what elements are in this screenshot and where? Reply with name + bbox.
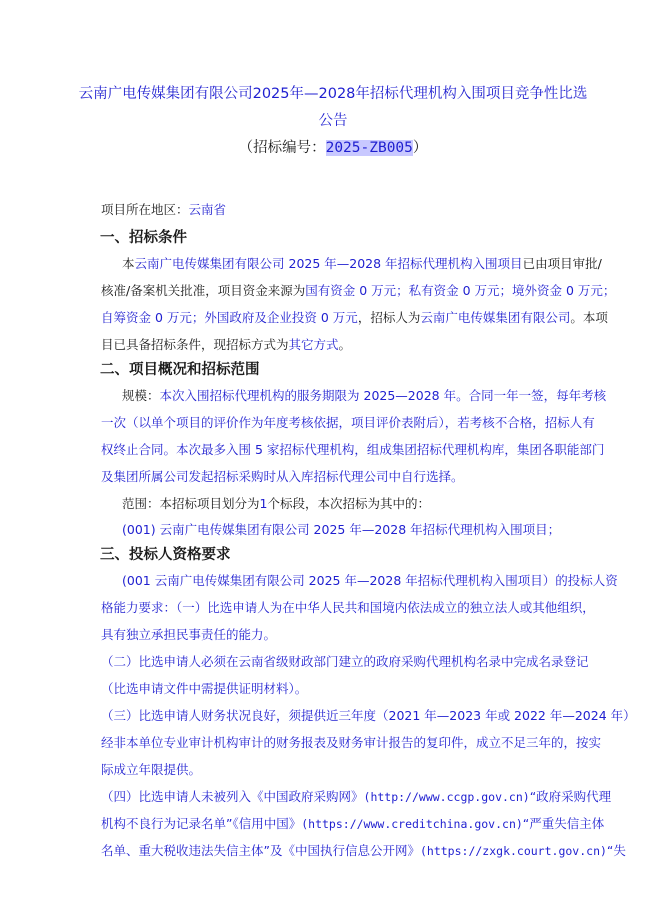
section-1-heading: 一、招标条件 [100,226,187,247]
lot-line: (001) 云南广电传媒集团有限公司 2025 年—2028 年招标代理机构入围… [122,520,592,538]
code-suffix: ） [413,140,428,156]
qualification-line-6: （三）比选申请人财务状况良好，须提供近三年度（2021 年—2023 年或 20… [101,706,571,724]
section-1-line-4: 目已具备招标条件，现招标方式为其它方式。 [101,335,571,353]
scale-line-4: 及集团所属公司发起招标采购时从入库招标代理公司中自行选择。 [101,467,571,485]
text: 已由项目审批/ [523,256,602,271]
range-text: 范围：本招标项目划分为 [122,496,260,511]
tender-code-line: （招标编号：2025-ZB005） [60,136,606,157]
zxgk-link[interactable]: (https://zxgk.court.gov.cn) [420,844,607,858]
scale-line-2: 一次（以单个项目的评价作为年度考核依据，项目评价表附后），若考核不合格，招标人有 [101,413,571,431]
text: 机构不良行为记录名单”《信用中国》 [101,816,301,831]
section-1-line-1: 本云南广电传媒集团有限公司 2025 年—2028 年招标代理机构入围项目已由项… [122,254,592,272]
title-line-2: 公告 [60,109,606,130]
qualification-item4-line-1: （四）比选申请人未被列入《中国政府采购网》(http://www.ccgp.go… [101,787,571,805]
section-1-line-2: 核准/备案机关批准，项目资金来源为国有资金 0 万元；私有资金 0 万元；境外资… [101,281,571,299]
scale-line-3: 权终止合同。本次最多入围 5 家招标代理机构，组成集团招标代理机构库，集团各职能… [101,440,571,458]
region-line: 项目所在地区：云南省 [101,200,571,218]
text: 核准/备案机关批准，项目资金来源为 [101,283,305,298]
text: 目已具备招标条件，现招标方式为 [101,337,289,352]
qualification-line-5: （比选申请文件中需提供证明材料）。 [101,679,571,697]
section-3-heading: 三、投标人资格要求 [100,543,231,564]
document-page: 云南广电传媒集团有限公司2025年—2028年招标代理机构入围项目竞争性比选 公… [0,0,666,912]
scale-text: 本次入围招标代理机构的服务期限为 2025—2028 年。合同一年一签，每年考核 [160,388,607,403]
text: 名单、重大税收违法失信主体”及《中国执行信息公开网》 [101,843,420,858]
text: “政府采购代理 [530,789,611,804]
section-1-line-3: 自筹资金 0 万元；外国政府及企业投资 0 万元，招标人为云南广电传媒集团有限公… [101,308,571,326]
funding-sources: 国有资金 0 万元；私有资金 0 万元；境外资金 0 万元； [305,283,615,298]
text: 本 [122,256,135,271]
scale-line-1: 规模：本次入围招标代理机构的服务期限为 2025—2028 年。合同一年一签，每… [122,386,592,404]
ccgp-link[interactable]: (http://www.ccgp.gov.cn) [364,790,530,804]
region-value: 云南省 [189,202,227,217]
funding-sources: 自筹资金 0 万元；外国政府及企业投资 0 万元 [101,310,358,325]
text: “严重失信主体 [523,816,604,831]
qualification-item4-line-3: 名单、重大税收违法失信主体”及《中国执行信息公开网》(https://zxgk.… [101,841,571,859]
text: 。 [339,337,352,352]
qualification-line-2: 格能力要求：（一）比选申请人为在中华人民共和国境内依法成立的独立法人或其他组织， [101,598,571,616]
qualification-line-1: (001 云南广电传媒集团有限公司 2025 年—2028 年招标代理机构入围项… [122,571,592,589]
scale-label: 规模： [122,388,160,403]
qualification-line-7: 经非本单位专业审计机构审计的财务报表及财务审计报告的复印件，成立不足三年的，按实 [101,733,571,751]
section-2-heading: 二、项目概况和招标范围 [100,358,260,379]
text: 。本项 [570,310,608,325]
text: （四）比选申请人未被列入《中国政府采购网》 [101,789,364,804]
tenderer-name: 云南广电传媒集团有限公司 [420,310,570,325]
qualification-item4-line-2: 机构不良行为记录名单”《信用中国》(https://www.creditchin… [101,814,571,832]
range-line: 范围：本招标项目划分为1个标段，本次招标为其中的： [122,494,592,512]
text: ，招标人为 [358,310,421,325]
title-line-1: 云南广电传媒集团有限公司2025年—2028年招标代理机构入围项目竞争性比选 [60,82,606,103]
region-label: 项目所在地区： [101,202,189,217]
range-text: 个标段，本次招标为其中的： [267,496,430,511]
qualification-line-4: （二）比选申请人必须在云南省级财政部门建立的政府采购代理机构名录中完成名录登记 [101,652,571,670]
text: “失 [607,843,626,858]
qualification-line-3: 具有独立承担民事责任的能力。 [101,625,571,643]
code-prefix: （招标编号： [239,140,326,156]
qualification-line-8: 际成立年限提供。 [101,760,571,778]
tender-code-highlight[interactable]: 2025-ZB005 [326,140,413,156]
tender-method: 其它方式 [289,337,339,352]
project-name: 云南广电传媒集团有限公司 2025 年—2028 年招标代理机构入围项目 [135,256,523,271]
creditchina-link[interactable]: (https://www.creditchina.gov.cn) [301,817,523,831]
